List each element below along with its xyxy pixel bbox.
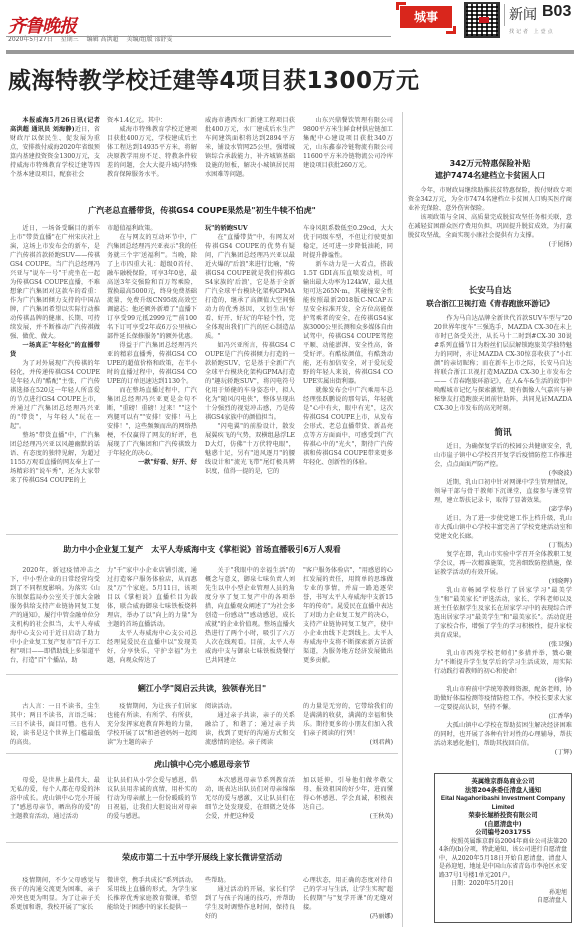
article2-col1: 近日，一场备受瞩目的新车上市"带货直播"在广州宋庆社上演，这场上市发布会的新车，… bbox=[10, 224, 100, 529]
article5-text: 加以延伸，引导他们做孝敬父母、报效祖国的好少年，进而懂得心怀感恩、学会真诚，积极… bbox=[303, 776, 393, 812]
article3-text: 关于"我眼中的幸福生活"的概念与意义，御泉七味负责人刘先生以中小型企业管理人员的… bbox=[205, 566, 295, 665]
article3-text: 太平人寿威海中心支公司总经理晁爱民在直播中以"发现美好，分享快乐，守护幸福"为主… bbox=[107, 629, 197, 665]
brief-item: 乳山市府前中学统筹教师资源，配备老师，协助做好体温检测等疫情防控工作。李校长要求… bbox=[434, 685, 572, 721]
article3-col2: 力"千"家中小企业店铺引流，通过打造客户服务体验店，从而惠及"万"个家庭。5月1… bbox=[107, 566, 197, 668]
article4-text: 的力量是无穷的，它带给我们的是满满的收获，满满的幸福和快乐。期待更多的小朋友们加… bbox=[303, 702, 393, 738]
notice-heading: 英属维京群岛商业公司 bbox=[439, 778, 567, 787]
article2-text: 为了对外展现广汽传祺的年轻化，并传递传祺GS4 COUPE是年轻人的"酷配"主张… bbox=[10, 359, 100, 431]
newspaper-page: 齐鲁晚报 2020年5月27日 星期三 编辑 高洪超 美编/组版 邵舒雯 城事 … bbox=[6, 0, 574, 933]
article2-text: 如冯兴亚所言，传祺GS4 COUPE是广汽传祺倾力打造的一款轿跑SUV，它是基于… bbox=[205, 341, 295, 422]
article2-text: 车身风阻系数低至0.29cd，大大优于同级车型，不但让行驶更加稳定，还可进一步降… bbox=[303, 224, 393, 260]
mazda-article: 作为马自达品牌全新世代首款SUV车型与"2020世界年度车"三强选手，MAZDA… bbox=[434, 314, 572, 422]
notice-body: 按照英属维京群岛2004年商业公司法第204条的(b)分项，特此通知，该公司进行… bbox=[439, 838, 567, 881]
column-divider bbox=[402, 112, 403, 927]
article6-col1: 疫情期间，不少父母感觉与孩子的沟通交流更为困难，亲子冲突也更为明显。为了让亲子关… bbox=[10, 876, 100, 924]
section-tag: 城事 bbox=[400, 6, 452, 28]
article2-subheading: 一款"好看、好开、好 bbox=[107, 458, 197, 467]
article3-col3: 关于"我眼中的幸福生活"的概念与意义，御泉七味负责人刘先生以中小型企业管理人员的… bbox=[205, 566, 295, 668]
article6-col2: 微讲堂，携手共成长"系列活动。采用线上直播的形式，为学生家长推荐优秀家庭教育微课… bbox=[107, 876, 197, 924]
brief-byline: (徐华) bbox=[434, 676, 572, 685]
article4-col3: 阅读活动。 通过亲子共读，亲子的关系融洽了，和谐了；通过亲子共读，找到了更好的沟… bbox=[205, 702, 295, 748]
article1-col1: 本报威海5月26日讯(记者 高洪超 通讯员 刘海静)近日，省财政厅以保民生、促发… bbox=[10, 116, 100, 186]
page-number: B03 bbox=[542, 3, 571, 21]
article2-text: 得益于广汽集团总经理冯兴亚的精彩直播秀，传祺GS4 COUPE的超值价格和政策，… bbox=[107, 341, 197, 386]
article5-col1: 母爱，是世界上最伟大、最无私的爱，每个人都在母爱的沐浴中成长。虎山镇中心完小开展… bbox=[10, 776, 100, 831]
mazda-title-line2: 联合浙江卫视打造《青春跑旅环游记》 bbox=[406, 298, 574, 309]
brief-byline: (丁辉) bbox=[434, 748, 572, 757]
article5-col2: 让队员们从小学会爱与感恩，倡议队员用赤诚的真情，用朴实的行动为母亲献上一份份暖暖… bbox=[107, 776, 197, 831]
notice-date: 日期：2020年5月20日 bbox=[439, 880, 567, 889]
section-divider bbox=[6, 842, 398, 843]
article5-text: 让队员们从小学会爱与感恩，倡议队员用赤诚的真情，用朴实的行动为母亲献上一份份暖暖… bbox=[107, 776, 197, 821]
notice-signer: 孙迎旭 bbox=[439, 889, 567, 898]
notice-company-cn: 荣泰长堀桥投资有限公司 bbox=[439, 812, 567, 821]
brief-byline: (江香华) bbox=[434, 712, 572, 721]
article4-text: 疫情期间，为让孩子们居家也能有所读、有所学、有所获，充分发挥家庭教育阵地的力量，… bbox=[107, 702, 197, 747]
article2-subheading: 玩"的轿跑SUV bbox=[205, 224, 295, 233]
main-headline: 威海特教学校迁建等4项目获1300万元 bbox=[8, 62, 576, 95]
article4-col2: 疫情期间，为让孩子们居家也能有所读、有所学、有所获，充分发挥家庭教育阵地的力量，… bbox=[107, 702, 197, 748]
divider bbox=[504, 4, 505, 26]
article6-title: 荣成市第二十五中学开展线上家长微讲堂活动 bbox=[6, 852, 398, 863]
insurance-title-line2: 遮护7474名建档立卡贫困人口 bbox=[406, 170, 574, 181]
article6-text: 些帮助。 bbox=[205, 876, 295, 885]
insurance-title-line1: 342万元特惠保险补贴 bbox=[406, 158, 574, 169]
insurance-byline: (于昆扬) bbox=[408, 240, 572, 249]
brief-item: 复学在即，乳山市实验中学召开全体教职工复学会议，再一次精准施策，完善细致防控措施… bbox=[434, 550, 572, 586]
issue-date: 2020年5月27日 bbox=[8, 36, 53, 43]
brief-byline: (刘晓晖) bbox=[434, 577, 572, 586]
tag-corner-icon bbox=[446, 26, 456, 34]
article5-title: 虎山镇中心完小感恩母亲节 bbox=[6, 759, 398, 770]
header-rule bbox=[6, 50, 574, 54]
brief-text: 复学在即，乳山市实验中学召开全体教职工复学会议，再一次精准施策，完善细致防控措施… bbox=[434, 550, 572, 577]
article2-col3: 玩"的轿跑SUV 在"直播带货"中，有网友对传祺GS4 COUPE的优势有疑问，… bbox=[205, 224, 295, 529]
notice-company-en: Eital Nagahoribashi Investment Company L… bbox=[439, 795, 567, 812]
article1-col4: 山东兴鼎餐饮管理有限公司9800平方米生鲜食材供应链加工集配中心建设项目获批34… bbox=[303, 116, 393, 186]
brief-text: 乳山市西苑学校老师们"多措并举，戮心聚力"不断提升学生复学后的学习生活成效，用实… bbox=[434, 649, 572, 676]
insurance-text: 今年，市财政局继续助推扶贫特惠保险，拨付财政专项资金342万元，为全市7474名… bbox=[408, 186, 572, 213]
article2-col4: 车身风阻系数低至0.29cd，大大优于同级车型，不但让行驶更加稳定，还可进一步降… bbox=[303, 224, 393, 529]
liquidation-notice: 英属维京群岛商业公司 法第204条委任清盘人通知 Eital Nagahorib… bbox=[434, 773, 572, 923]
article4-text: 通过亲子共读，亲子的关系融洽了，和谐了；通过亲子共读，找到了更好的沟通方式和交流… bbox=[205, 711, 295, 747]
brief-item: 近日，为确保复学后的校园公共健康安全，乳山市崖子镇中心学校召开复学后疫情防控工作… bbox=[434, 442, 572, 478]
article3-col4: "客户服务体验店"，"用感恩的心扛发展的责任，用简单的思维做专业的事情，并肩一路… bbox=[303, 566, 393, 668]
mazda-title-line1: 长安马自达 bbox=[406, 284, 574, 296]
mazda-text: 作为马自达品牌全新世代首款SUV车型与"2020世界年度车"三强选手，MAZDA… bbox=[434, 314, 572, 413]
article2-text: 在与网友的互动环节中，广汽集团总经理冯兴亚表示"我的任务就三个字'送福利'"。当… bbox=[107, 233, 197, 341]
article5-text: 母爱，是世界上最伟大、最无私的爱，每个人都在母爱的沐浴中成长。虎山镇中心完小开展… bbox=[10, 776, 100, 821]
article1-text: 威海市特殊教育学校迁建项目获批400万元，学校建成后主体工程达到14935平方米… bbox=[107, 125, 197, 179]
article4-text: 阅读活动。 bbox=[205, 702, 295, 711]
article1-text: 近日，省财政厅以保民生、促发展为重点，安排拨付威海2020年省级预算内基建投资资… bbox=[10, 126, 100, 178]
article2-text: 在"直播带货"中，有网友对传祺GS4 COUPE的优势有疑问，广汽集团总经理冯兴… bbox=[205, 233, 295, 341]
brief-byline: (宓学华) bbox=[434, 505, 572, 514]
page-slogan: 找记者 上壹点 bbox=[509, 28, 555, 35]
notice-heading: 法第204条委任清盘人通知 bbox=[439, 787, 567, 796]
qr-logo-icon bbox=[479, 17, 489, 23]
article4-title: 蜊江小学"阅启云共读，独领春光日" bbox=[6, 683, 398, 694]
article2-text: "闪电翼"的前脸设计，散发展翼疾飞的气势，双横组悬浮LED大灯，仿佛"十万伏特电… bbox=[205, 422, 295, 476]
article6-text: 通过活动的开展，家长们学到了与孩子沟通的技巧，并帮助学生及时调整作息时间，保持良… bbox=[205, 885, 295, 921]
article4-text: 古人言：一日不读书，尘生其中；两日不读书，言语乏味；三日不读书，面目可憎。也有人… bbox=[10, 702, 100, 747]
notice-status: (自愿清盘中) bbox=[439, 821, 567, 830]
brief-byline: (李晓波) bbox=[434, 469, 572, 478]
brief-item: 近期，乳山口初中针对网课中学生管理情况，领导干部与骨干教师下沉课堂，直接参与课堂… bbox=[434, 478, 572, 514]
notice-signer-role: 自愿清盘人 bbox=[439, 897, 567, 906]
article1-col2: 资本1.4亿元。其中： 威海市特殊教育学校迁建项目获批400万元，学校建成后主体… bbox=[107, 116, 197, 186]
article3-col1: 2020年，新冠疫情冲击之下，中小型企业的日常经营均受到了不同程度影响。为落实《… bbox=[10, 566, 100, 668]
article4-col4: 的力量是无穷的，它带给我们的是满满的收获，满满的幸福和快乐。期待更多的小朋友们加… bbox=[303, 702, 393, 748]
brief-text: 乳山市府前中学统筹教师资源，配备老师，协助做好体温检测等疫情防控工作。李校长要求… bbox=[434, 685, 572, 712]
article2-col2: 市超值福利政策。 在与网友的互动环节中，广汽集团总经理冯兴亚表示"我的任务就三个… bbox=[107, 224, 197, 529]
brief-text: 乳山市畅园学校举行了居家学习"最美学生"和"最美家长"评选活动，家长、学科老师以… bbox=[434, 586, 572, 640]
brief-text: 近日，为确保复学后的校园公共健康安全，乳山市崖子镇中心学校召开复学后疫情防控工作… bbox=[434, 442, 572, 469]
article6-col3: 些帮助。 通过活动的开展，家长们学到了与孩子沟通的技巧，并帮助学生及时调整作息时… bbox=[205, 876, 295, 924]
insurance-article: 今年，市财政局继续助推扶贫特惠保险，拨付财政专项资金342万元，为全市7474名… bbox=[408, 186, 572, 274]
brief-item: 近日，为了进一步使党建工作上档升级，乳山市大孤山镇中心学校丰富完善了学校党建活动… bbox=[434, 514, 572, 550]
brief-item: 乳山市西苑学校老师们"多措并举，戮心聚力"不断提升学生复学后的学习生活成效，用实… bbox=[434, 649, 572, 685]
article6-text: 微讲堂，携手共成长"系列活动。采用线上直播的形式，为学生家长推荐优秀家庭教育微课… bbox=[107, 876, 197, 912]
article1-text: 资本1.4亿元。其中： bbox=[107, 116, 197, 125]
article3-text: 力"千"家中小企业店铺引流，通过打造客户服务体验店，从而惠及"万"个家庭。5月1… bbox=[107, 566, 197, 629]
article2-text: 新车动力是一大看点，搭载1.5T GDI高压直喷发动机，可输出最大功率为124k… bbox=[303, 260, 393, 386]
article6-text: 心理状态，用正确的态度对待自己的学习与生活，让学生实现"超长假期"与"复学开课"… bbox=[303, 876, 393, 912]
article2-title: 广汽老总直播带货，传祺GS4 COUPE果然是"初生牛犊不怕虎" bbox=[6, 205, 398, 216]
brief-text: 大孤山镇中心学校在帮助贫困生解决经济困难的同时，也开展了各种有针对性的心理辅导，… bbox=[434, 721, 572, 748]
section-divider bbox=[6, 753, 398, 754]
article5-byline: (王秋英) bbox=[303, 812, 393, 821]
article2-text: 市超值福利政策。 bbox=[107, 224, 197, 233]
briefs-list: 近日，为确保复学后的校园公共健康安全，乳山市崖子镇中心学校召开复学后疫情防控工作… bbox=[434, 442, 572, 768]
article5-col4: 加以延伸，引导他们做孝敬父母、报效祖国的好少年，进而懂得心怀感恩、学会真诚，积极… bbox=[303, 776, 393, 831]
article6-byline: (冯丽娜) bbox=[303, 912, 393, 921]
article1-text: 威海市港西水厂新建工程项目获批400万元，水厂建成后水生产车间建筑面积将达到28… bbox=[205, 116, 295, 179]
insurance-text: 该项政策与全国、高质量完成脱贫攻坚任务相关联，意在减轻贫困群众医疗费用负担，巩固… bbox=[408, 213, 572, 240]
article4-byline: (刘君茜) bbox=[303, 738, 393, 747]
masthead-rule bbox=[6, 36, 391, 37]
brief-byline: (丁翫杰) bbox=[434, 541, 572, 550]
article2-text: 近日，一场备受瞩目的新车上市"带货直播"在广州宋庆社上演，这场上市发布会的新车，… bbox=[10, 224, 100, 341]
article2-text: 就像发布会中广汽乘用车总经理张跃鹏说的那句话，年轻就是"心中有火，眼中有光"，这… bbox=[303, 386, 393, 467]
section-divider bbox=[6, 534, 398, 535]
article6-text: 疫情期间，不少父母感觉与孩子的沟通交流更为困难，亲子冲突也更为明显。为了让亲子关… bbox=[10, 876, 100, 912]
article3-text: "客户服务体验店"，"用感恩的心扛发展的责任，用简单的思维做专业的事情，并肩一路… bbox=[303, 566, 393, 665]
issue-weekday: 星期三 bbox=[61, 36, 79, 43]
article5-text: 本次感恩母亲节系列教育活动，既表达出队员们对母亲绵绵无尽的爱与感激，又让队员们在… bbox=[205, 776, 295, 821]
article1-text: 山东兴鼎餐饮管理有限公司9800平方米生鲜食材供应链加工集配中心建设项目获批34… bbox=[303, 116, 393, 170]
brief-item: 乳山市畅园学校举行了居家学习"最美学生"和"最美家长"评选活动，家长、学科老师以… bbox=[434, 586, 572, 649]
brief-byline: (张卫强) bbox=[434, 640, 572, 649]
brief-text: 近日，为了进一步使党建工作上档升级，乳山市大孤山镇中心学校丰富完善了学校党建活动… bbox=[434, 514, 572, 541]
brief-text: 近期，乳山口初中针对网课中学生管理情况，领导干部与骨干教师下沉课堂，直接参与课堂… bbox=[434, 478, 572, 505]
notice-company-number: 公司编号2031755 bbox=[439, 829, 567, 838]
page-section-label: 新闻 bbox=[509, 4, 537, 24]
article4-col1: 古人言：一日不读书，尘生其中；两日不读书，言语乏味；三日不读书，面目可憎。也有人… bbox=[10, 702, 100, 748]
editor-credit: 编辑 高洪超 bbox=[87, 36, 119, 43]
section-divider bbox=[6, 674, 398, 675]
designer-credit: 美编/组版 邵舒雯 bbox=[126, 36, 172, 43]
article3-text: 2020年，新冠疫情冲击之下，中小型企业的日常经营均受到了不同程度影响。为落实《… bbox=[10, 566, 100, 665]
qr-code-icon[interactable] bbox=[464, 2, 500, 38]
article2-text: 整场"带货直播"中，广汽集团总经理冯兴亚以风趣幽默的话语、有态度的独特见解，为超… bbox=[10, 431, 100, 485]
article1-col3: 威海市港西水厂新建工程项目获批400万元，水厂建成后水生产车间建筑面积将达到28… bbox=[205, 116, 295, 186]
article5-col3: 本次感恩母亲节系列教育活动，既表达出队员们对母亲绵绵无尽的爱与感激，又让队员们在… bbox=[205, 776, 295, 831]
article2-subheading: 一场真正"年轻化"的直播带货 bbox=[10, 341, 100, 359]
brief-item: 大孤山镇中心学校在帮助贫困生解决经济困难的同时，也开展了各种有针对性的心理辅导，… bbox=[434, 721, 572, 757]
article3-title: 助力中小企业复工复产 太平人寿威海中支《掌柜说》首场直播吸引6万人观看 bbox=[6, 544, 398, 555]
article2-text: 而在整场直播过程中，广汽集团总经理冯兴亚更是金句不断，"重磅！重磅！过来！""这… bbox=[107, 386, 197, 458]
briefs-title: 简讯 bbox=[434, 426, 572, 438]
article6-col4: 心理状态，用正确的态度对待自己的学习与生活，让学生实现"超长假期"与"复学开课"… bbox=[303, 876, 393, 924]
